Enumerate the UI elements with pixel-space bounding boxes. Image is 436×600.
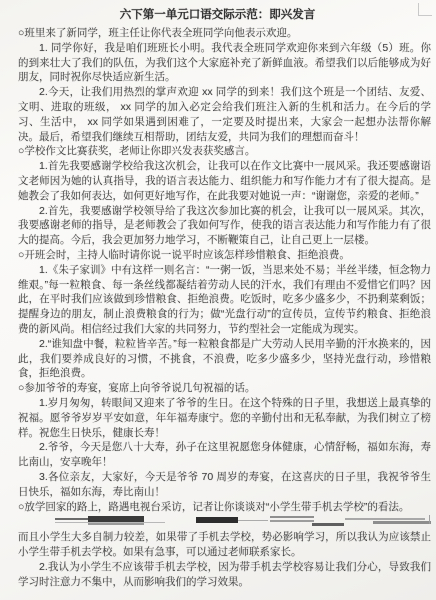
answer-welcome-1: 1. 同学你好，我是咱们班班长小明。我代表全班同学欢迎你来到六年级（5）班。你的… [18,41,431,85]
answer-award-1: 1.首先我要感谢学校给我这次机会，让我可以在作文比赛中一展风采。我还要感谢语文老… [18,159,431,203]
document-title: 六下第一单元口语交际示范：即兴发言 [18,7,417,23]
document-photo-page: 六下第一单元口语交际示范：即兴发言 ○班里来了新同学，班主任让你代表全班同学向他… [0,0,436,600]
scribble-mark [345,518,425,520]
answer-birthday-1: 1.岁月匆匆，转眼间又迎来了爷爷的生日。在这个特殊的日子里，我想送上最真挚的祝福… [18,396,431,440]
answer-welcome-2: 2.今天，让我们用热烈的掌声欢迎 xx 同学的到来！我们这个班是一个团结、友爱、… [18,85,431,144]
answer-phone-1-continuation: 而且小学生大多自制力较差，如果带了手机去学校，势必影响学习，所以我认为应该禁止小… [18,530,431,560]
prompt-save-food: ○开班会时，主持人临时请你说一说平时应该怎样珍惜粮食、拒绝浪费。 [18,248,431,263]
answer-birthday-2: 2.爷爷，今天是您八十大寿，孙子在这里祝愿您身体健康，心情舒畅，福如东海，寿比南… [18,440,431,470]
prompt-welcome-new-classmate: ○班里来了新同学，班主任让你代表全班同学向他表示欢迎。 [18,26,431,41]
answer-save-food-2: 2.“谁知盘中餐，粒粒皆辛苦。”每一粒粮食都是广大劳动人民用辛勤的汗水换来的，因… [18,337,431,381]
scribble-mark [238,520,268,521]
prompt-award-speech: ○学校作文比赛获奖，老师让你即兴发表获奖感言。 [18,144,431,159]
scribble-mark [196,517,238,523]
prompt-birthday-wishes: ○参加爷爷的寿宴，宴席上向爷爷说几句祝福的话。 [18,381,431,396]
answer-save-food-1: 1.《朱子家训》中有这样一则名言：“一粥一饭，当思来处不易；半丝半缕，恒念物力维… [18,263,431,337]
redacted-scribble-line [18,515,431,528]
answer-phone-2: 2.我认为小学生不应该带手机去学校，因为带手机去学校容易让我们分心，导致我们学习… [18,560,431,590]
scribble-mark [429,515,430,524]
prompt-phone-interview: ○放学回家的路上，路遇电视台采访，记者让你谈谈对“小学生带手机去学校”的看法。 [18,500,431,515]
scribble-mark [88,516,144,522]
scribble-mark [270,520,314,522]
answer-birthday-3: 3.各位亲友，大家好，今天是爷爷 70 周岁的寿宴，在这喜庆的日子里，我祝爷爷生… [18,470,431,500]
scribble-mark [312,523,344,526]
answer-award-2: 2.首先，我要感谢学校领导给了我这次参加比赛的机会，让我可以一展风采。其次，我要… [18,204,431,248]
scribble-mark [270,516,314,518]
scribble-mark [88,523,144,525]
corner-crop-mark-icon [418,3,432,16]
scribble-mark [373,521,431,524]
